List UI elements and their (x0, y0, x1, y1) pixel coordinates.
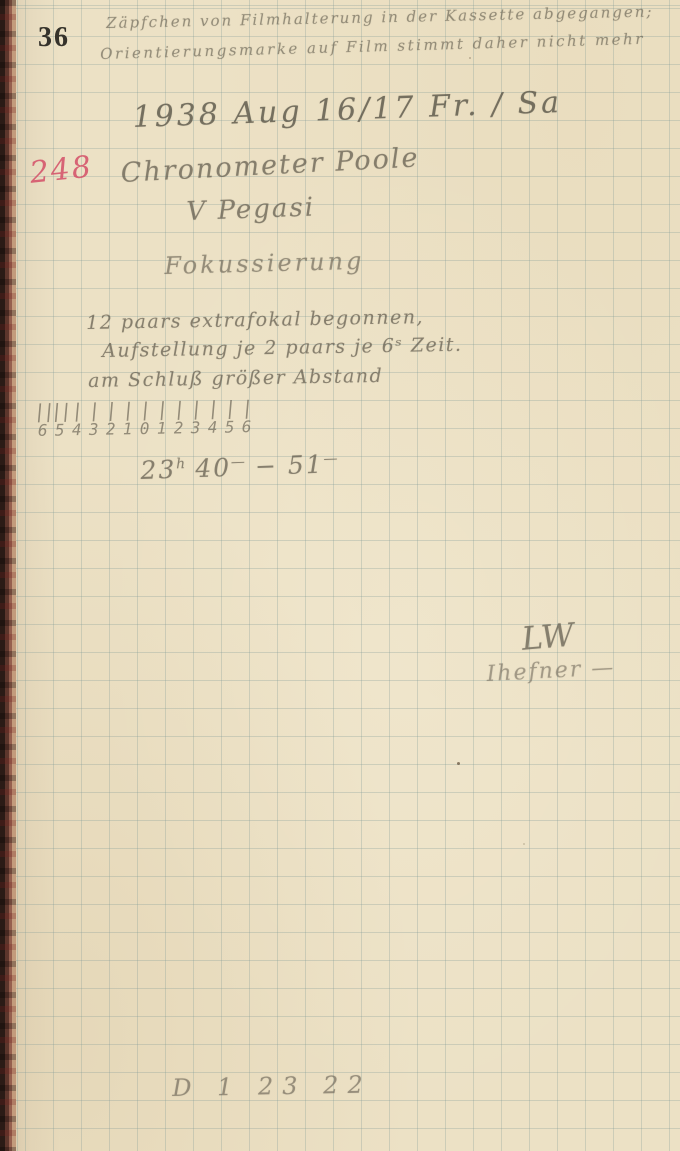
observer-initials: LW (520, 615, 576, 658)
scale-label: 4 (204, 419, 221, 437)
object-name: V Pegasi (186, 193, 316, 227)
time-hours: 23 (140, 455, 177, 485)
minute-mark-end: — (323, 451, 338, 467)
date-heading: 1938 Aug 16/17 Fr. / Sa (132, 85, 563, 135)
tally-row: ||||||||||||||| (34, 398, 255, 422)
tally-col: | (67, 401, 86, 421)
tally-col: | (203, 399, 222, 419)
tally-col: | (237, 398, 256, 418)
footer-plate-code: D 1 23 22 (172, 1071, 372, 1102)
note-line-1: 12 paars extrafokal begonnen, (86, 306, 424, 334)
focus-scale: ||||||||||||||| 6543210123456 (34, 398, 256, 440)
scale-label: 5 (51, 421, 68, 439)
tally-col: | (118, 400, 137, 420)
exposure-time-range: 23h 40— − 51— (140, 449, 338, 485)
tally-col: | (135, 400, 154, 420)
tally-col: | (220, 398, 239, 418)
tally-col: | (101, 400, 120, 420)
tally-col: | (152, 400, 171, 420)
scale-label: 3 (85, 421, 102, 439)
minute-mark-start: — (231, 454, 246, 470)
scale-label: 0 (136, 420, 153, 438)
tally-col: | (186, 399, 205, 419)
scale-label: 6 (238, 418, 255, 436)
scale-label: 2 (170, 419, 187, 437)
time-separator: − (254, 451, 278, 481)
hour-mark: h (176, 456, 186, 472)
tally-col: | (84, 401, 103, 421)
top-annotation-line1: Zäpfchen von Filmhalterung in der Kasset… (106, 3, 654, 32)
scale-label: 1 (119, 420, 136, 438)
notebook-page: 36 Zäpfchen von Filmhalterung in der Kas… (0, 0, 680, 1151)
scale-label: 6 (34, 422, 51, 440)
scale-label: 1 (153, 420, 170, 438)
note-line-2: Aufstellung je 2 paars je 6ˢ Zeit. (102, 334, 463, 362)
section-title: Fokussierung (164, 247, 365, 280)
tally-col: | (169, 399, 188, 419)
tally-col: || (50, 401, 69, 421)
scale-label: 3 (187, 419, 204, 437)
binding-edge (0, 0, 16, 1151)
scale-label: 2 (102, 420, 119, 438)
instrument-name: Chronometer Poole (120, 142, 420, 189)
paper-speck (523, 843, 525, 845)
tally-col: || (33, 402, 52, 422)
observer-signature: Ihefner — (486, 655, 616, 687)
scale-label: 4 (68, 421, 85, 439)
scale-label: 5 (221, 418, 238, 436)
top-annotation-line2: Orientierungsmarke auf Film stimmt daher… (100, 30, 645, 63)
paper-speck (457, 762, 460, 765)
red-folio-number: 248 (28, 149, 95, 190)
page-number: 36 (38, 22, 70, 54)
note-line-3: am Schluß größer Abstand (88, 365, 383, 392)
time-end-min: 51 (287, 450, 324, 480)
paper-speck (469, 57, 471, 59)
time-start-min: 40 (195, 453, 232, 483)
